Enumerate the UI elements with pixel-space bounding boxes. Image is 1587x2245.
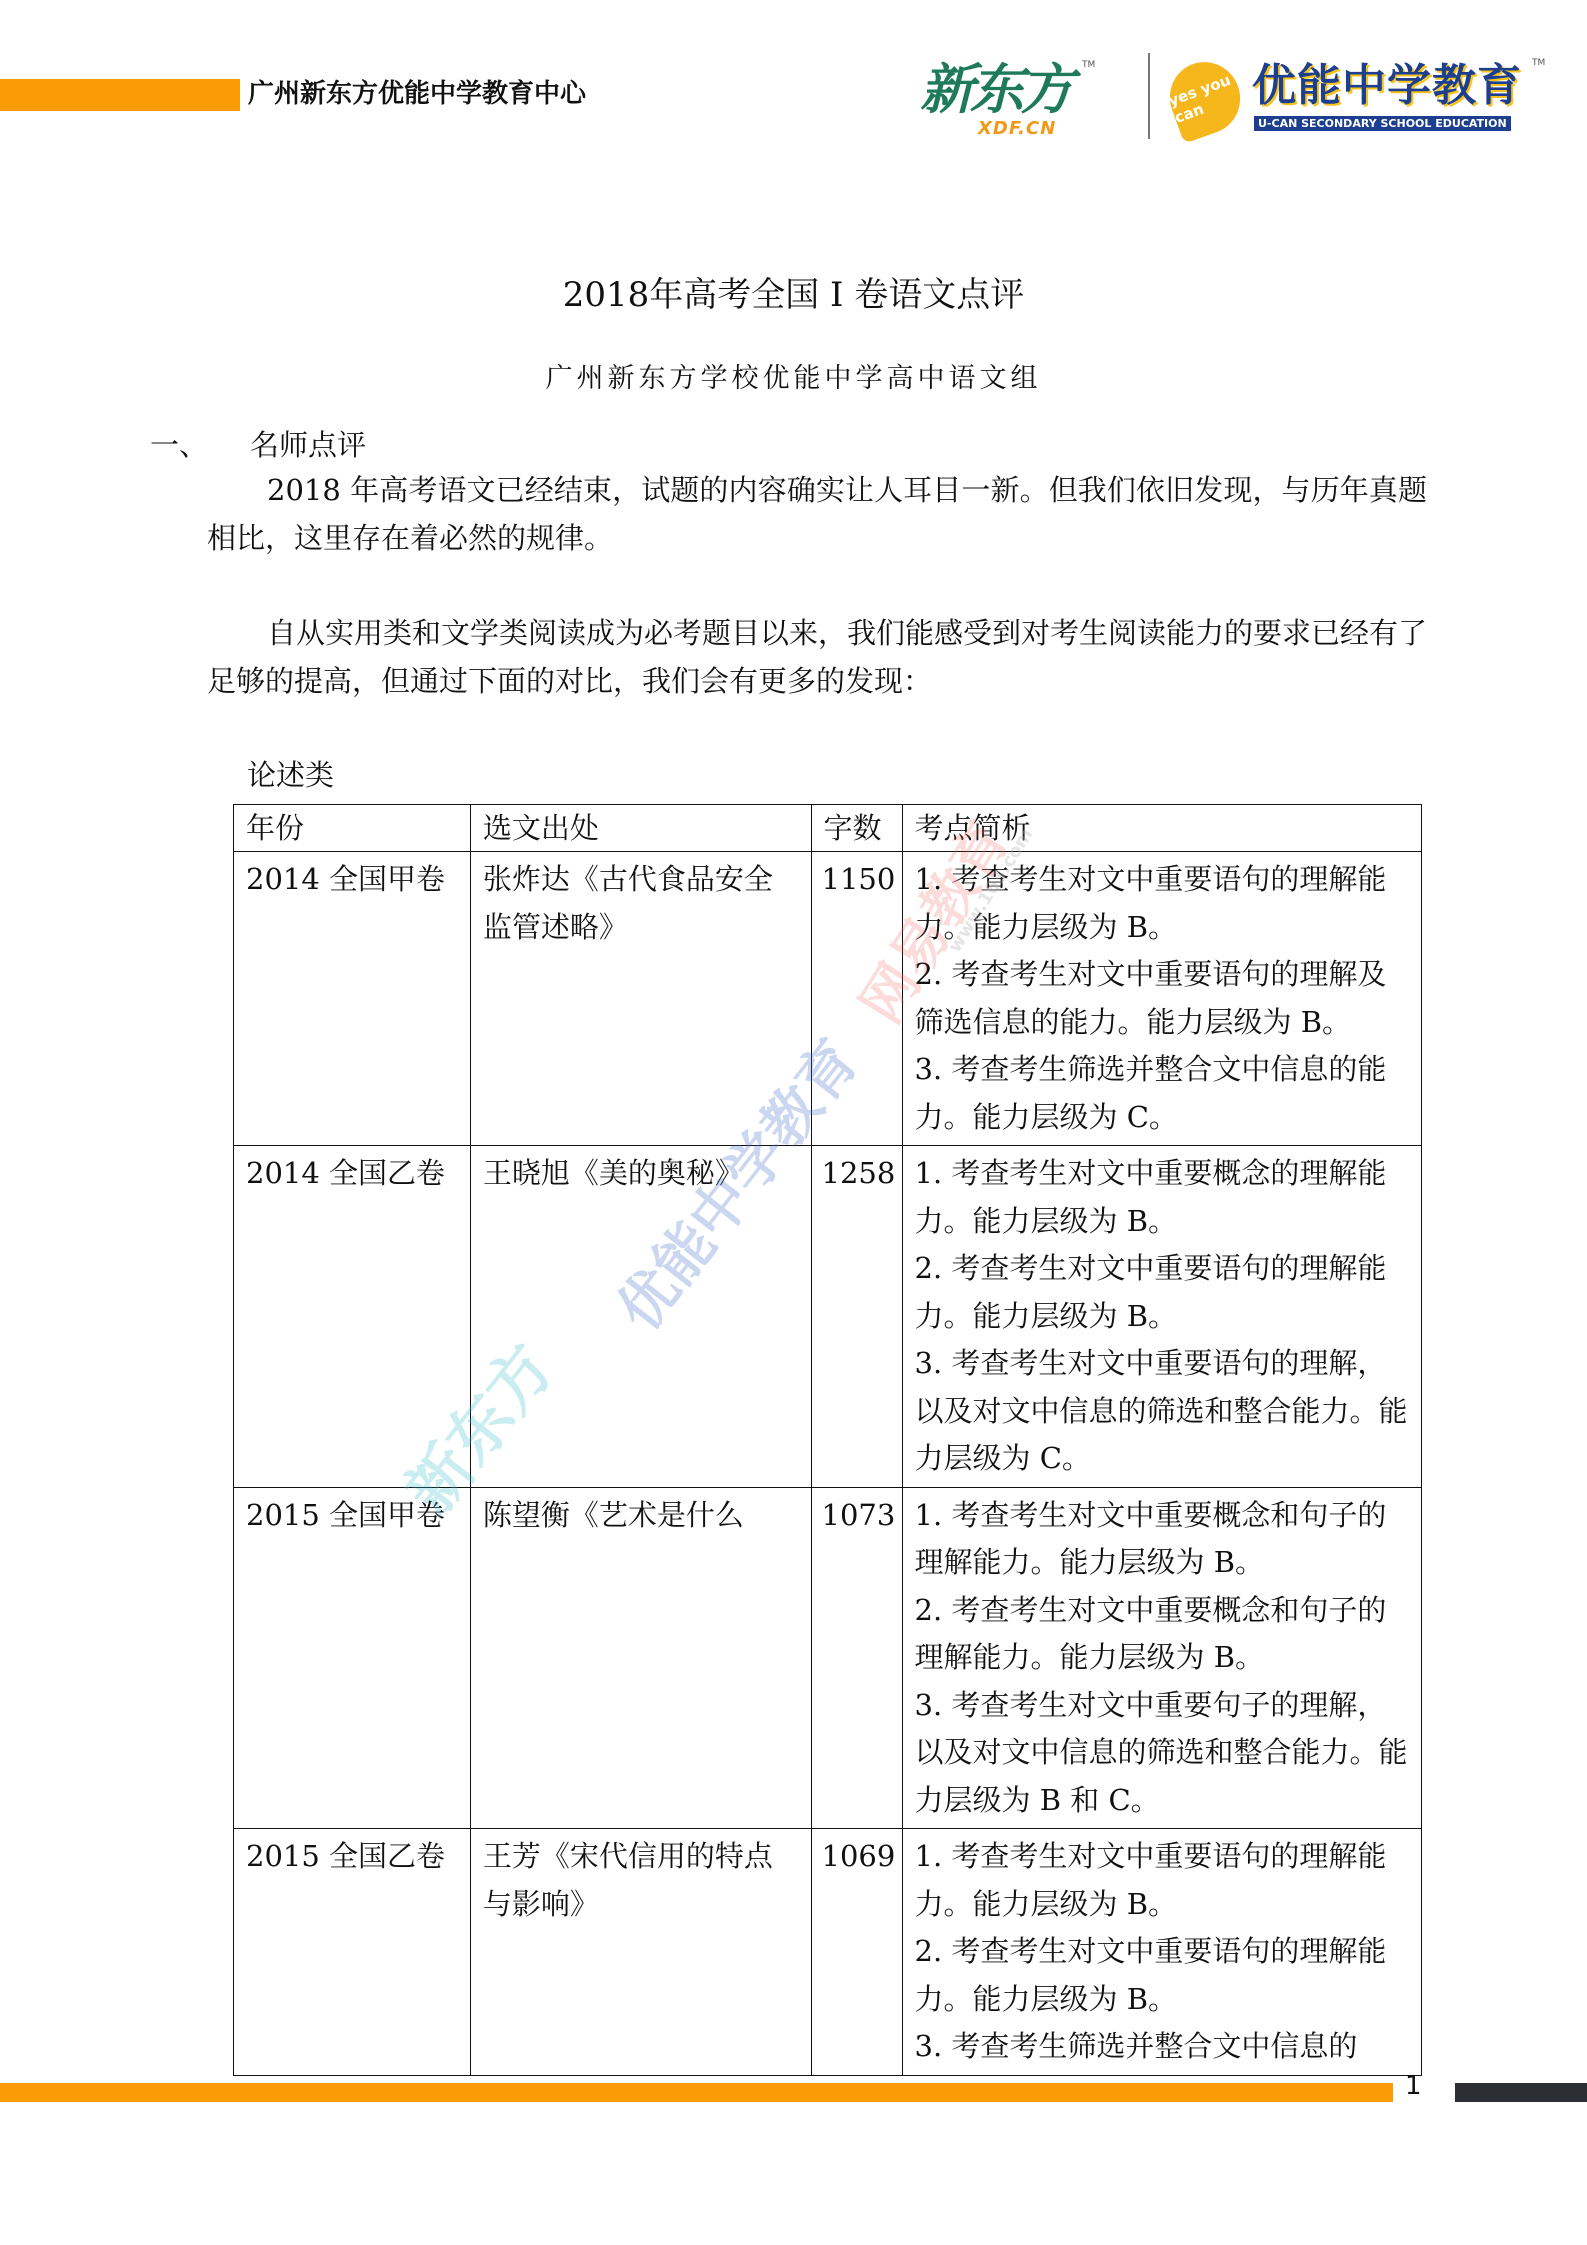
footer-dark-bar bbox=[1455, 2083, 1587, 2102]
cell-count: 1258 bbox=[811, 1146, 902, 1488]
cell-source: 陈望衡《艺术是什么 bbox=[470, 1487, 811, 1829]
xdf-logo-en: XDF.CN bbox=[978, 118, 1056, 139]
header-count: 字数 bbox=[811, 805, 902, 852]
table-header-row: 年份 选文出处 字数 考点简析 bbox=[234, 805, 1422, 852]
cell-analysis: 1. 考查考生对文中重要语句的理解能力。能力层级为 B。 2. 考查考生对文中重… bbox=[902, 852, 1422, 1146]
cell-year: 2014 全国甲卷 bbox=[234, 852, 471, 1146]
table-row: 2015 全国乙卷 王芳《宋代信用的特点与影响》 1069 1. 考查考生对文中… bbox=[234, 1829, 1422, 2076]
analysis-point: 1. 考查考生对文中重要概念和句子的理解能力。能力层级为 B。 bbox=[915, 1492, 1412, 1587]
analysis-point: 3. 考查考生筛选并整合文中信息的 bbox=[915, 2023, 1412, 2071]
analysis-point: 2. 考查考生对文中重要语句的理解能力。能力层级为 B。 bbox=[915, 1928, 1412, 2023]
page-number: 1 bbox=[1405, 2068, 1422, 2104]
header-year: 年份 bbox=[234, 805, 471, 852]
xdf-logo: 新东方 XDF.CN TM bbox=[920, 58, 1110, 144]
cell-year: 2015 全国甲卷 bbox=[234, 1487, 471, 1829]
footer-accent-bar bbox=[0, 2083, 1393, 2102]
ucan-badge-icon: yes you can bbox=[1160, 52, 1250, 144]
document-subtitle: 广州新东方学校优能中学高中语文组 bbox=[0, 360, 1587, 398]
cell-source: 王芳《宋代信用的特点与影响》 bbox=[470, 1829, 811, 2076]
analysis-point: 2. 考查考生对文中重要概念和句子的理解能力。能力层级为 B。 bbox=[915, 1587, 1412, 1682]
cell-count: 1069 bbox=[811, 1829, 902, 2076]
section-number: 一、 bbox=[150, 425, 250, 465]
ucan-logo-en: U-CAN SECONDARY SCHOOL EDUCATION bbox=[1254, 116, 1511, 131]
analysis-point: 1. 考查考生对文中重要语句的理解能力。能力层级为 B。 bbox=[915, 1833, 1412, 1928]
section-title: 名师点评 bbox=[250, 428, 366, 462]
cell-count: 1150 bbox=[811, 852, 902, 1146]
cell-analysis: 1. 考查考生对文中重要概念和句子的理解能力。能力层级为 B。 2. 考查考生对… bbox=[902, 1487, 1422, 1829]
xdf-logo-tm: TM bbox=[1082, 60, 1095, 70]
analysis-point: 3. 考查考生对文中重要句子的理解，以及对文中信息的筛选和整合能力。能力层级为 … bbox=[915, 1682, 1412, 1825]
document-title: 2018年高考全国 I 卷语文点评 bbox=[0, 272, 1587, 318]
analysis-point: 3. 考查考生筛选并整合文中信息的能力。能力层级为 C。 bbox=[915, 1046, 1412, 1141]
cell-year: 2014 全国乙卷 bbox=[234, 1146, 471, 1488]
comparison-table: 年份 选文出处 字数 考点简析 2014 全国甲卷 张炸达《古代食品安全监管述略… bbox=[233, 804, 1422, 2076]
header-analysis: 考点简析 bbox=[902, 805, 1422, 852]
xdf-logo-cn: 新东方 bbox=[920, 58, 1070, 122]
section-heading: 一、名师点评 bbox=[150, 425, 366, 465]
table-row: 2015 全国甲卷 陈望衡《艺术是什么 1073 1. 考查考生对文中重要概念和… bbox=[234, 1487, 1422, 1829]
cell-source: 张炸达《古代食品安全监管述略》 bbox=[470, 852, 811, 1146]
cell-analysis: 1. 考查考生对文中重要概念的理解能力。能力层级为 B。 2. 考查考生对文中重… bbox=[902, 1146, 1422, 1488]
analysis-point: 2. 考查考生对文中重要语句的理解能力。能力层级为 B。 bbox=[915, 1245, 1412, 1340]
header-accent-bar bbox=[0, 79, 240, 111]
analysis-point: 3. 考查考生对文中重要语句的理解，以及对文中信息的筛选和整合能力。能力层级为 … bbox=[915, 1340, 1412, 1483]
ucan-logo-tm: TM bbox=[1532, 58, 1545, 68]
header-org-name: 广州新东方优能中学教育中心 bbox=[248, 77, 586, 111]
ucan-logo: yes you can 优能中学教育 U-CAN SECONDARY SCHOO… bbox=[1170, 56, 1550, 142]
cell-analysis: 1. 考查考生对文中重要语句的理解能力。能力层级为 B。 2. 考查考生对文中重… bbox=[902, 1829, 1422, 2076]
cell-source: 王晓旭《美的奥秘》 bbox=[470, 1146, 811, 1488]
table-caption: 论述类 bbox=[247, 755, 334, 795]
analysis-point: 1. 考查考生对文中重要语句的理解能力。能力层级为 B。 bbox=[915, 856, 1412, 951]
cell-count: 1073 bbox=[811, 1487, 902, 1829]
table-row: 2014 全国乙卷 王晓旭《美的奥秘》 1258 1. 考查考生对文中重要概念的… bbox=[234, 1146, 1422, 1488]
logo-divider bbox=[1148, 53, 1150, 139]
table-row: 2014 全国甲卷 张炸达《古代食品安全监管述略》 1150 1. 考查考生对文… bbox=[234, 852, 1422, 1146]
paragraph-intro: 2018 年高考语文已经结束，试题的内容确实让人耳目一新。但我们依旧发现，与历年… bbox=[207, 466, 1427, 562]
paragraph-comparison: 自从实用类和文学类阅读成为必考题目以来，我们能感受到对考生阅读能力的要求已经有了… bbox=[207, 609, 1427, 705]
analysis-point: 1. 考查考生对文中重要概念的理解能力。能力层级为 B。 bbox=[915, 1150, 1412, 1245]
header-source: 选文出处 bbox=[470, 805, 811, 852]
analysis-point: 2. 考查考生对文中重要语句的理解及筛选信息的能力。能力层级为 B。 bbox=[915, 951, 1412, 1046]
ucan-logo-cn: 优能中学教育 bbox=[1252, 58, 1522, 114]
cell-year: 2015 全国乙卷 bbox=[234, 1829, 471, 2076]
